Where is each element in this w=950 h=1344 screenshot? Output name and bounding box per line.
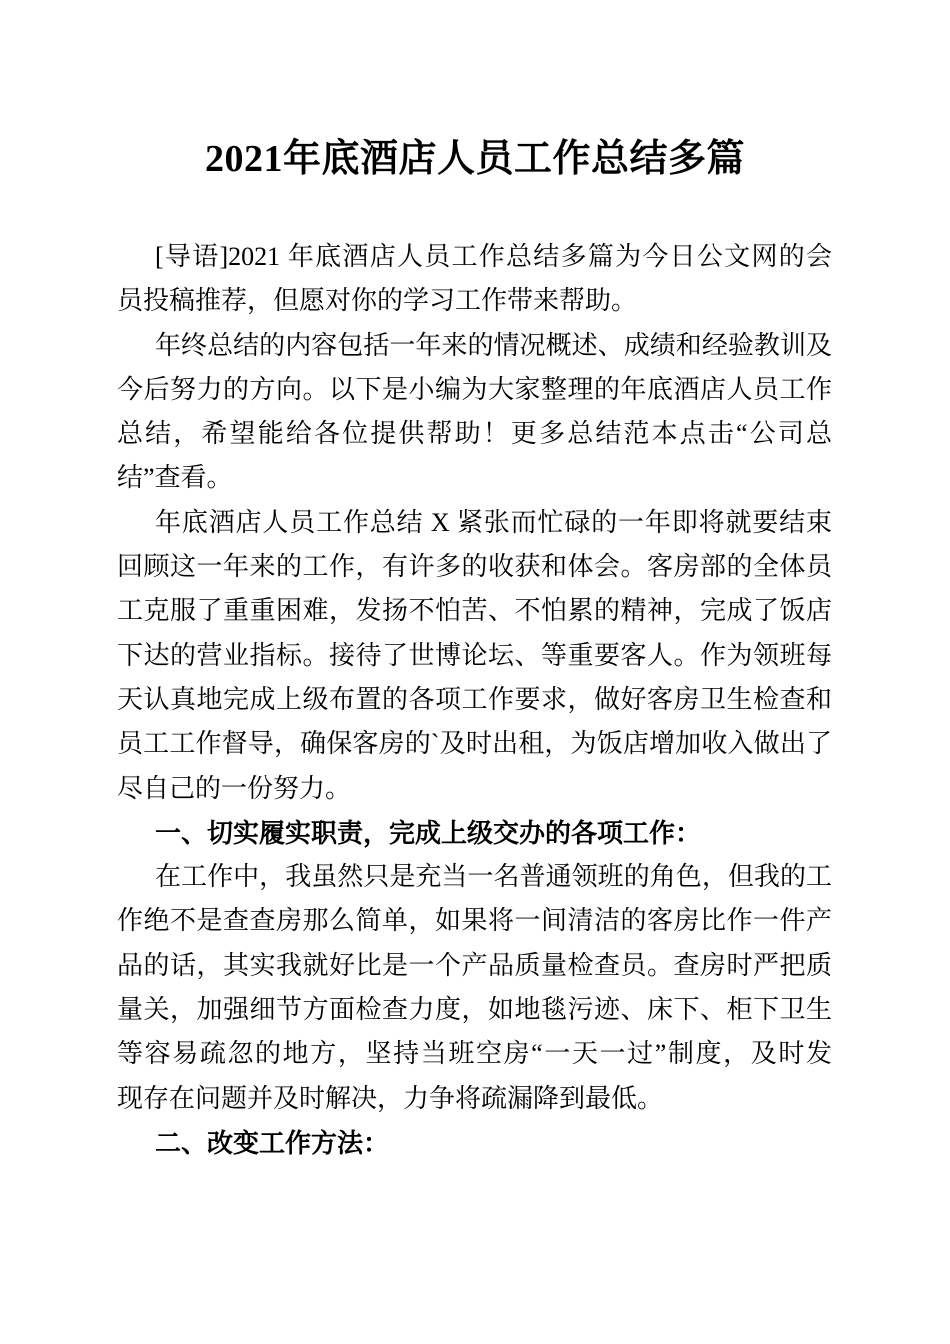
text-line: 员工工作督导，确保客房的`及时出租，为饭店增加收入做出了 [117,722,832,766]
text-line: 今后努力的方向。以下是小编为大家整理的年底酒店人员工作 [117,368,832,412]
document-page: 2021年底酒店人员工作总结多篇 [导语]2021 年底酒店人员工作总结多篇为今… [0,0,950,1344]
text-line: 年终总结的内容包括一年来的情况概述、成绩和经验教训及 [117,324,832,368]
text-line: 品的话，其实我就好比是一个产品质量检查员。查房时严把质 [117,944,832,988]
text-line: 回顾这一年来的工作，有许多的收获和体会。客房部的全体员 [117,545,832,589]
document-body: [导语]2021 年底酒店人员工作总结多篇为今日公文网的会 员投稿推荐，但愿对你… [0,235,832,1165]
text-line: 工克服了重重困难，发扬不怕苦、不怕累的精神，完成了饭店 [117,589,832,633]
text-line: 员投稿推荐，但愿对你的学习工作带来帮助。 [117,279,832,323]
text-line: 作绝不是查查房那么简单，如果将一间清洁的客房比作一件产 [117,899,832,943]
text-line: 等容易疏忽的地方，坚持当班空房“一天一过”制度，及时发 [117,1032,832,1076]
text-line: 现存在问题并及时解决，力争将疏漏降到最低。 [117,1077,832,1121]
text-line: 年底酒店人员工作总结 X 紧张而忙碌的一年即将就要结束了 [117,501,832,545]
text-line: 总结，希望能给各位提供帮助！更多总结范本点击“公司总 [117,412,832,456]
text-line: 量关，加强细节方面检查力度，如地毯污迹、床下、柜下卫生 [117,988,832,1032]
text-line: 天认真地完成上级布置的各项工作要求，做好客房卫生检查和 [117,678,832,722]
section-heading-2: 二、改变工作方法： [117,1121,832,1165]
text-line: 下达的营业指标。接待了世博论坛、等重要客人。作为领班每 [117,634,832,678]
text-line: [导语]2021 年底酒店人员工作总结多篇为今日公文网的会 [117,235,832,279]
text-line: 在工作中，我虽然只是充当一名普通领班的角色，但我的工 [117,855,832,899]
text-line: 尽自己的一份努力。 [117,767,832,811]
text-line: 结”查看。 [117,456,832,500]
document-title: 2021年底酒店人员工作总结多篇 [0,137,950,181]
section-heading-1: 一、切实履实职责，完成上级交办的各项工作： [117,811,832,855]
